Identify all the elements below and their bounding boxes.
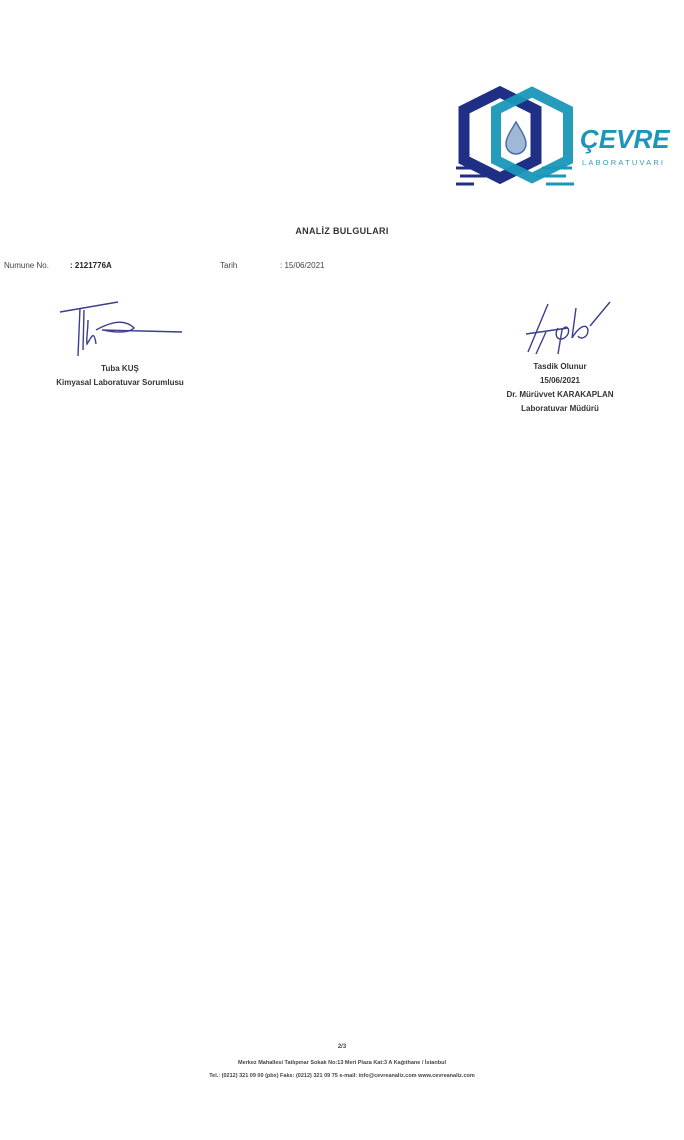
hexagon-drop-logo-icon	[456, 86, 586, 196]
footer-address: Merkez Mahallesi Tatlıpınar Sokak No:13 …	[0, 1060, 684, 1066]
document-title: ANALİZ BULGULARI	[0, 226, 684, 236]
signature-right-icon	[522, 298, 614, 360]
signature-left-block: Tuba KUŞ Kimyasal Laboratuvar Sorumlusu	[20, 362, 220, 390]
date-value: : 15/06/2021	[280, 261, 324, 270]
brand-subtitle: LABORATUVARI	[582, 158, 665, 167]
brand-name: ÇEVRE	[580, 124, 670, 155]
approval-text: Tasdik Olunur	[460, 360, 660, 374]
approver-name: Dr. Mürüvvet KARAKAPLAN	[460, 388, 660, 402]
approver-role: Laboratuvar Müdürü	[460, 402, 660, 416]
signature-left-icon	[58, 300, 188, 362]
date-label: Tarih	[220, 261, 237, 270]
signer-name: Tuba KUŞ	[20, 362, 220, 376]
page-number: 2/3	[0, 1044, 684, 1050]
signature-right-block: Tasdik Olunur 15/06/2021 Dr. Mürüvvet KA…	[460, 360, 660, 416]
footer-contact: Tel.: (0212) 321 09 00 (pbx) Faks: (0212…	[0, 1073, 684, 1079]
sample-number-label: Numune No.	[4, 261, 49, 270]
approval-date: 15/06/2021	[460, 374, 660, 388]
sample-number-value: : 2121776A	[70, 261, 112, 270]
signer-role: Kimyasal Laboratuvar Sorumlusu	[20, 376, 220, 390]
